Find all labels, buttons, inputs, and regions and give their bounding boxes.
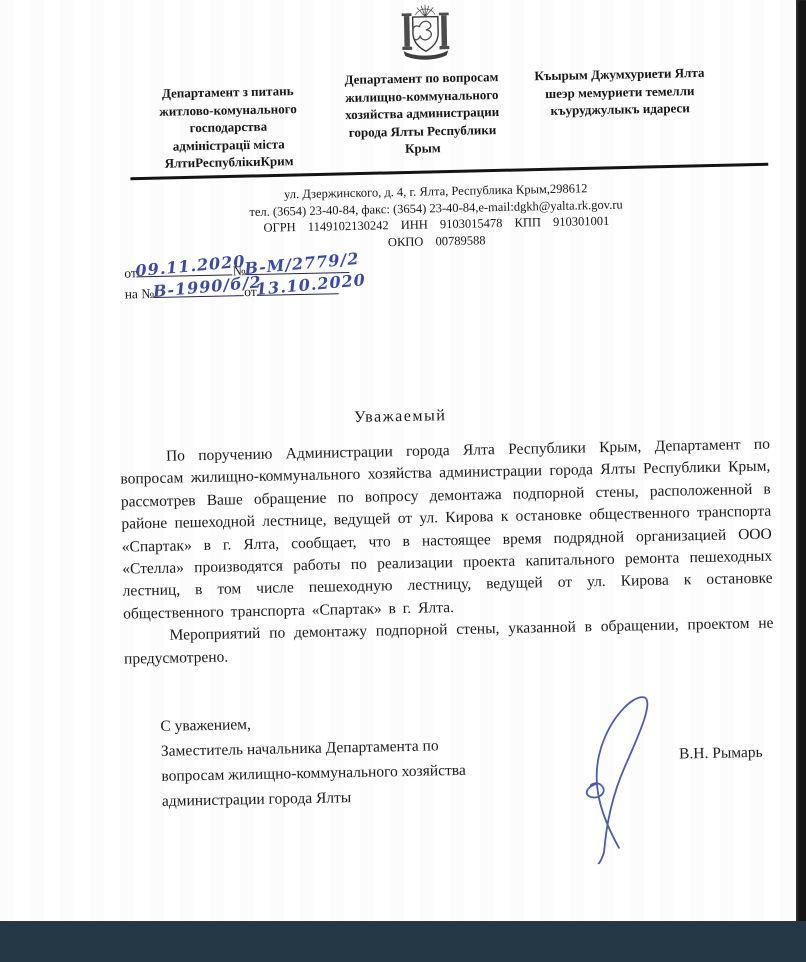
- contact-block: ул. Дзержинского, д. 4, г. Ялта, Республ…: [126, 177, 747, 255]
- letter-body: По поручению Администрации города Ялта Р…: [120, 434, 774, 671]
- letterhead-crimean-tatar: Къырым Джумхуриети Ялта шеэр мемуриети т…: [513, 63, 726, 120]
- crimea-coat-of-arms-icon: [384, 3, 467, 71]
- handwritten-signature: [558, 690, 703, 865]
- signer-name: В.Н. Рымарь: [679, 744, 763, 764]
- scan-bottom-bar: [0, 921, 806, 962]
- body-paragraph-1: По поручению Администрации города Ялта Р…: [120, 434, 773, 626]
- reference-block: от09.11.2020№В-М/2779/2 на №В-1990/б/2от…: [124, 258, 350, 305]
- letter-content: Департамент з питань житлово-комунальног…: [0, 0, 806, 962]
- signature-block: С уважением, Заместитель начальника Депа…: [160, 706, 542, 814]
- incoming-reference-row: на №В-1990/б/2от13.10.2020: [125, 279, 351, 305]
- incoming-date-line: 13.10.2020: [256, 280, 338, 296]
- incoming-number-line: В-1990/б/2: [154, 282, 244, 298]
- salutation: Уважаемый: [80, 402, 720, 433]
- scanned-letter-page: Департамент з питань житлово-комунальног…: [0, 0, 806, 962]
- letterhead-line: ЯлтиРеспублікиКрим: [128, 151, 330, 173]
- letterhead-russian: Департамент по вопросам жилищно-коммунал…: [323, 68, 521, 159]
- scan-right-edge: [796, 0, 806, 962]
- na-number-label: на №: [125, 286, 155, 302]
- letterhead-ukrainian: Департамент з питань житлово-комунальног…: [127, 81, 331, 173]
